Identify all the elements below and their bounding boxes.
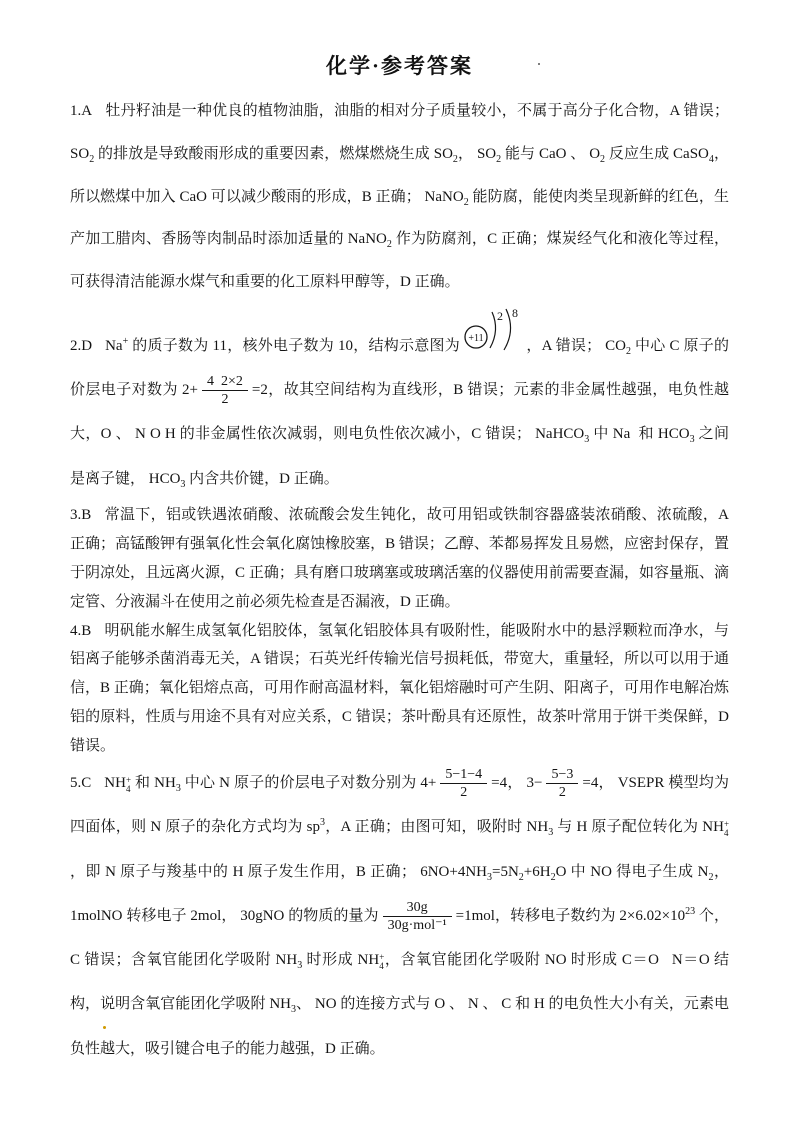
stacked-sub-sup: +4	[724, 820, 729, 838]
answer-body: NH+4 和 NH3 中心 N 原子的价层电子对数分别为 4+5−1−42=4，…	[70, 775, 729, 1057]
text-run: 内含共价键，D 正确。	[185, 471, 338, 487]
denominator: 30g·mol⁻¹	[383, 917, 452, 935]
text-run: Na	[105, 338, 123, 354]
numerator: 5−1−4	[440, 766, 487, 785]
answer-paragraph-1a: 1.A牡丹籽油是一种优良的植物油脂，油脂的相对分子质量较小，不属于高分子化合物，…	[70, 90, 729, 304]
text-run: SO	[477, 146, 496, 162]
text-run: ，A 正确；由图可知，吸附时 NH	[325, 819, 548, 835]
text-run: ，	[458, 146, 477, 162]
svg-text:2: 2	[497, 309, 503, 323]
atomic-structure-diagram-svg: +1128	[462, 304, 524, 352]
svg-text:8: 8	[512, 306, 518, 320]
text-run: 的质子数为 11，核外电子数为 10，结构示意图为	[128, 338, 460, 354]
text-run: 明矾能水解生成氢氧化铝胶体，氢氧化铝胶体具有吸附性，能吸附水中的悬浮颗粒而净水，…	[70, 623, 729, 755]
fraction: 5−1−42	[440, 766, 487, 802]
text-run: SO	[434, 146, 453, 162]
numerator: 5−3	[546, 766, 578, 785]
text-run: 的排放是导致酸雨形成的重要因素，燃煤燃烧生成	[94, 146, 434, 162]
fraction: 5−32	[546, 766, 578, 802]
text-run: +6H	[524, 864, 551, 880]
text-run: O 中 NO 得电子生成 N	[556, 864, 709, 880]
text-run: =5N	[492, 864, 519, 880]
text-run: SO	[70, 146, 89, 162]
numerator: 4 2×2	[202, 373, 248, 392]
text-run: ，即 N 原子与羧基中的 H 原子发生作用，B 正确； 6NO+4NH	[70, 864, 487, 880]
denominator: 2	[546, 784, 578, 802]
text-run: 与 H 原子配位转化为 NH	[553, 819, 724, 835]
fraction: 30g30g·mol⁻¹	[383, 899, 452, 935]
footer-speck	[103, 1026, 106, 1029]
numerator: 30g	[383, 899, 452, 918]
denominator: 2	[440, 784, 487, 802]
answer-body: Na+ 的质子数为 11，核外电子数为 10，结构示意图为+1128，A 错误；…	[70, 338, 729, 487]
text-run: 常温下，铝或铁遇浓硝酸、浓硫酸会发生钝化，故可用铝或铁制容器盛装浓硝酸、浓硫酸，…	[70, 507, 729, 610]
answer-body: 常温下，铝或铁遇浓硝酸、浓硫酸会发生钝化，故可用铝或铁制容器盛装浓硝酸、浓硫酸，…	[70, 507, 729, 610]
answer-sheet-page: 化学·参考答案 1.A牡丹籽油是一种优良的植物油脂，油脂的相对分子质量较小，不属…	[0, 50, 793, 1071]
page-title: 化学·参考答案	[70, 50, 729, 80]
title-speck	[538, 63, 540, 65]
text-run: 中心 N 原子的价层电子对数分别为 4+	[181, 775, 437, 791]
text-run: 中 Na 和 HCO	[589, 426, 689, 442]
answer-label: 3.B	[70, 507, 91, 523]
text-run: =1mol，转移电子数约为 2×6.02×10	[456, 908, 685, 924]
svg-text:+11: +11	[468, 333, 483, 344]
text-run: 时形成 NH	[302, 952, 379, 968]
text-run: 反应生成 CaSO	[605, 146, 709, 162]
answer-body: 明矾能水解生成氢氧化铝胶体，氢氧化铝胶体具有吸附性，能吸附水中的悬浮颗粒而净水，…	[70, 623, 729, 755]
text-run: ，A 错误； CO	[526, 338, 626, 354]
answer-paragraph-3b: 3.B常温下，铝或铁遇浓硝酸、浓硫酸会发生钝化，故可用铝或铁制容器盛装浓硝酸、浓…	[70, 501, 729, 617]
subscript: 4	[724, 829, 729, 838]
denominator: 2	[202, 391, 248, 409]
text-run: NH	[104, 775, 126, 791]
answer-paragraph-2d: 2.DNa+ 的质子数为 11，核外电子数为 10，结构示意图为+1128，A …	[70, 304, 729, 501]
text-run: 和 NH	[131, 775, 176, 791]
answer-paragraph-5c: 5.CNH+4 和 NH3 中心 N 原子的价层电子对数分别为 4+5−1−42…	[70, 761, 729, 1071]
answer-label: 4.B	[70, 623, 91, 639]
answer-body: 牡丹籽油是一种优良的植物油脂，油脂的相对分子质量较小，不属于高分子化合物，A 错…	[70, 103, 729, 290]
answer-label: 5.C	[70, 775, 91, 791]
fraction: 4 2×22	[202, 373, 248, 409]
answer-label: 2.D	[70, 338, 92, 354]
answer-label: 1.A	[70, 103, 92, 119]
superscript: 23	[685, 906, 695, 917]
atomic-structure-diagram: +1128	[462, 304, 524, 352]
text-run: =4， 3−	[491, 775, 542, 791]
text-run: 牡丹籽油是一种优良的植物油脂，油脂的相对分子质量较小，不属于高分子化合物，A 错…	[105, 103, 729, 119]
answer-paragraph-4b: 4.B明矾能水解生成氢氧化铝胶体，氢氧化铝胶体具有吸附性，能吸附水中的悬浮颗粒而…	[70, 617, 729, 762]
text-run: 能与 CaO 、 O	[501, 146, 600, 162]
